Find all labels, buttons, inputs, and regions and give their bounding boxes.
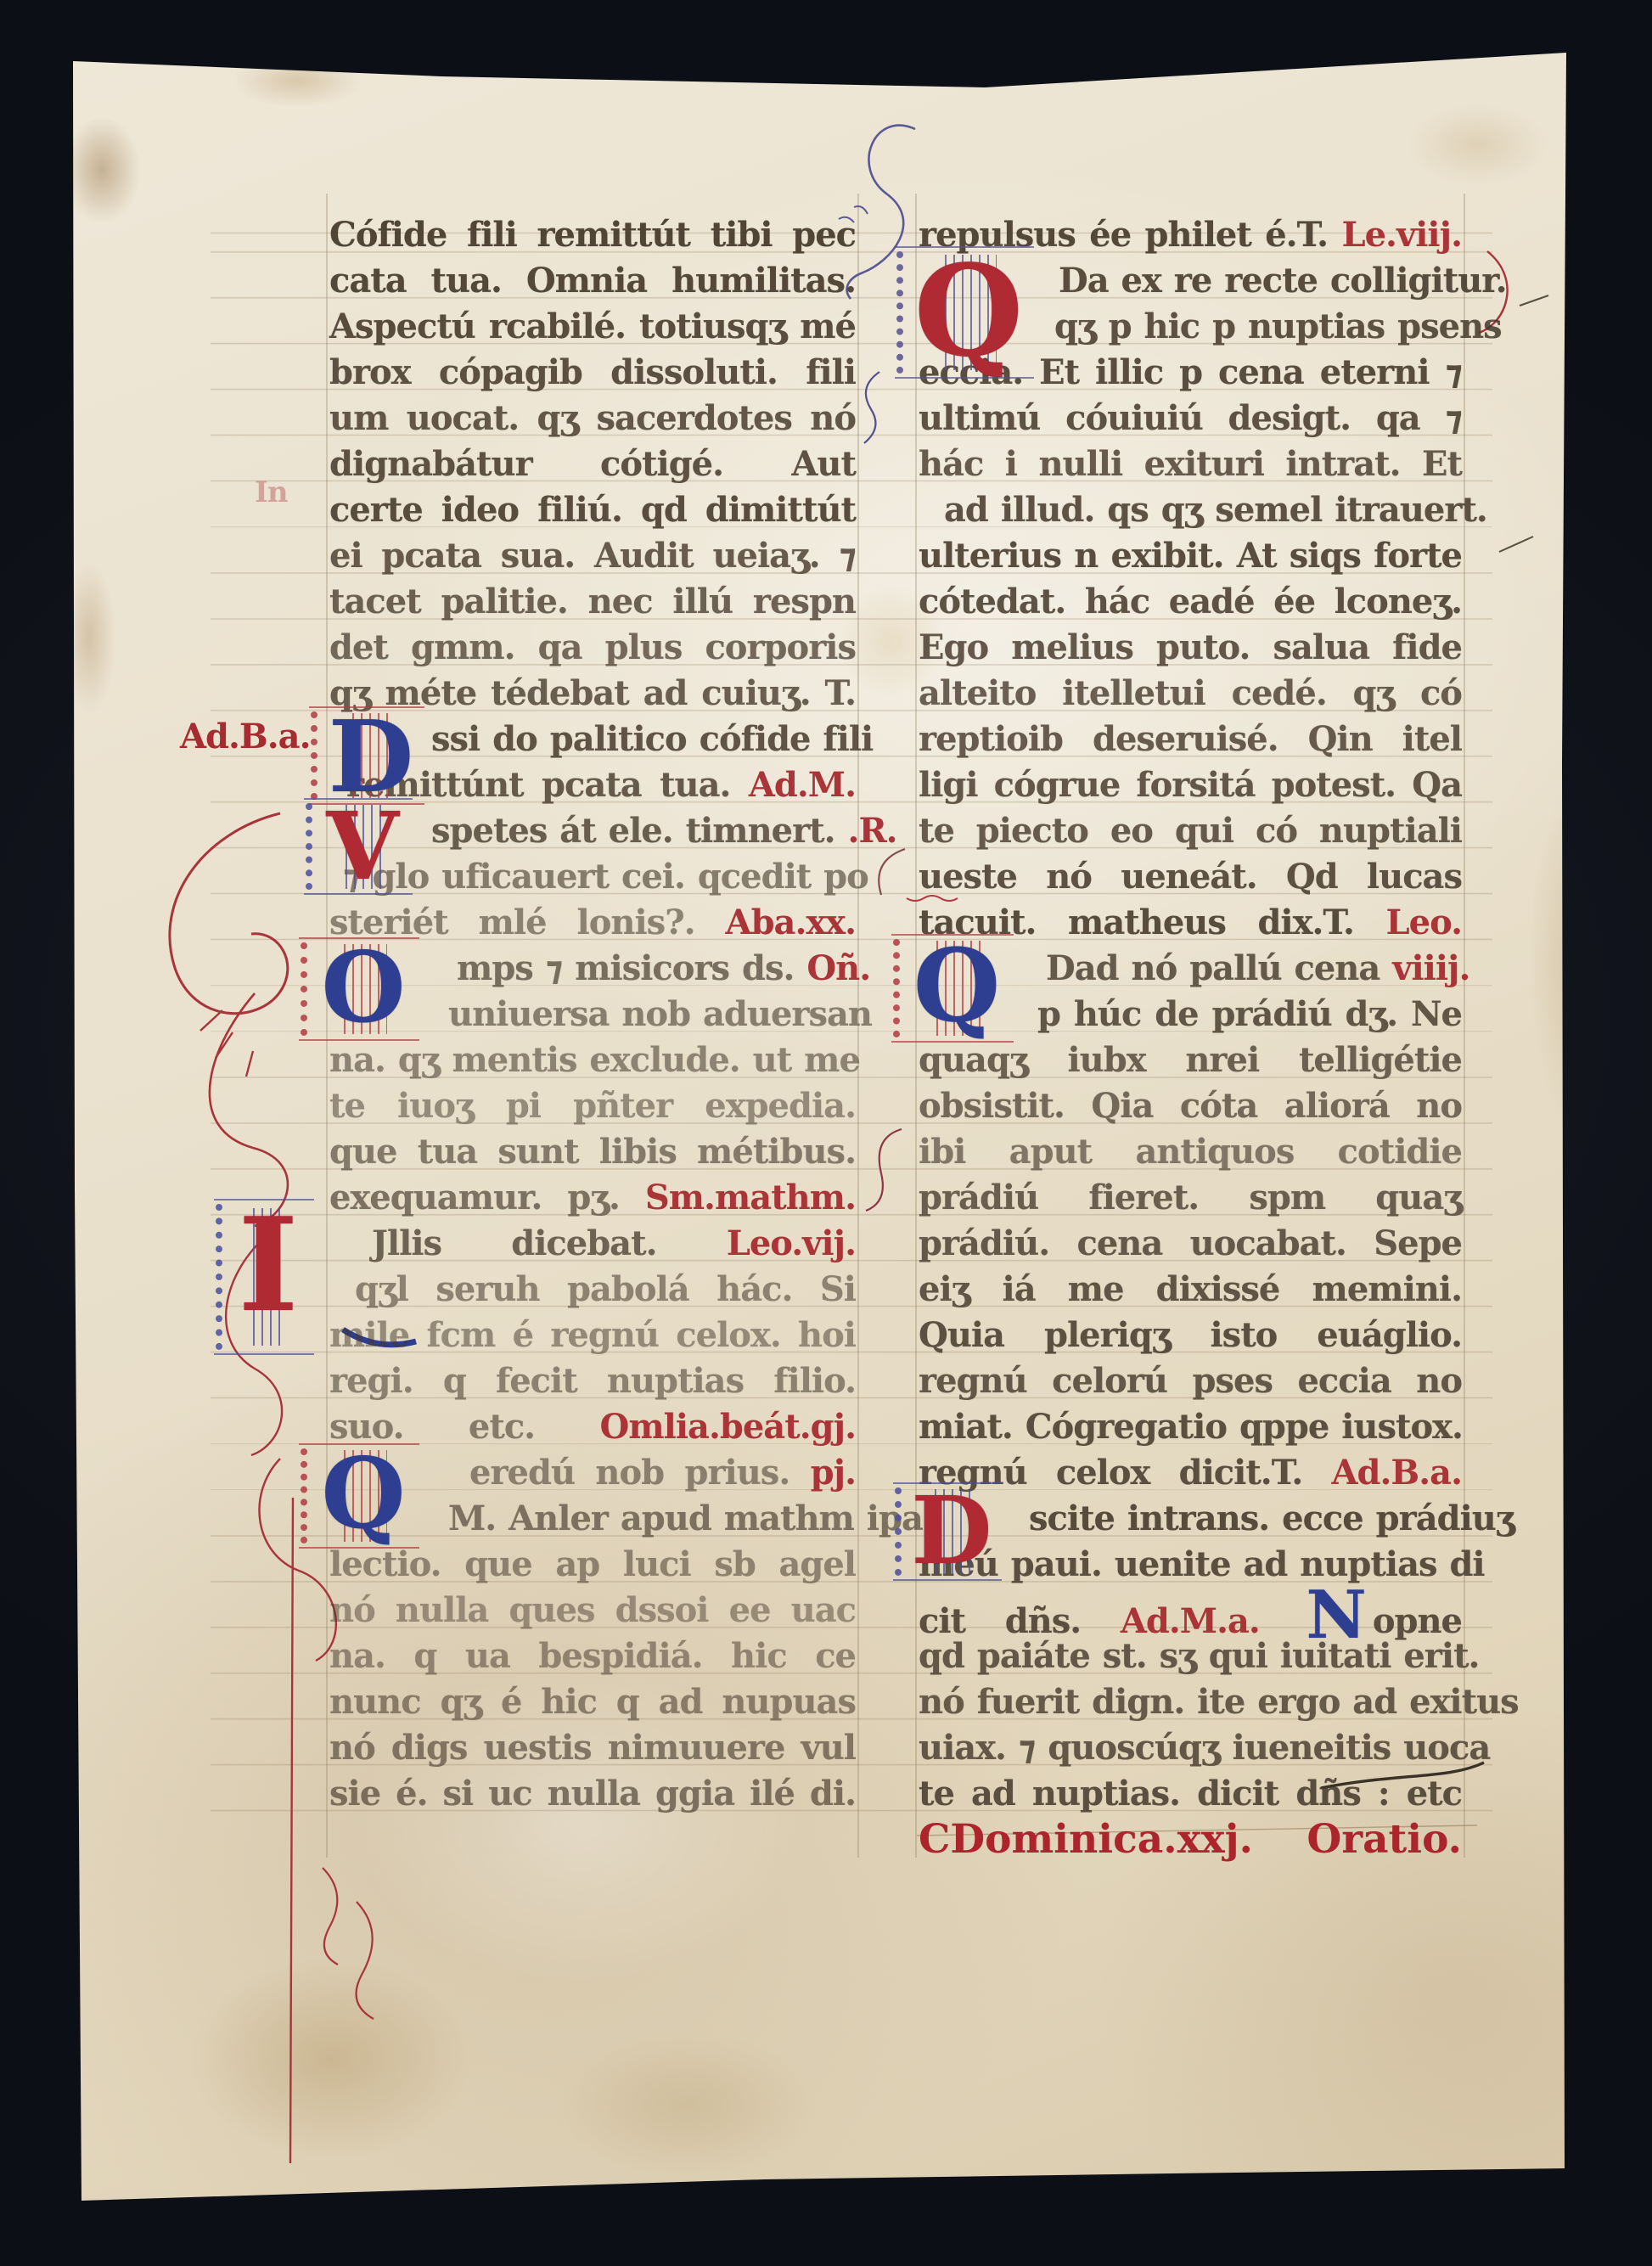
body-text: ibi aput antiquos cotidie	[919, 1132, 1462, 1172]
rubric-text: Le.viij.	[1341, 215, 1462, 255]
body-text: te iuoʒ pi pñter expedia.	[329, 1086, 856, 1126]
text-line: prádiú. cena uocabat. Sepe	[919, 1221, 1462, 1267]
text-line: Jllis dicebat. Leo.vij.	[329, 1221, 856, 1267]
text-line: ultimú cóuiuiú desigt. qa ⁊	[919, 396, 1462, 441]
body-text: cata tua. Omnia humilitas.	[329, 261, 856, 301]
text-line: ulterius n exibit. At siqs forte	[919, 533, 1462, 579]
body-text: qʒl seruh pabolá hác. Si	[355, 1269, 856, 1309]
body-text: mps ⁊ misicors ds.	[457, 948, 806, 988]
text-line: miat. Cógregatio qppe iustox.	[919, 1404, 1462, 1450]
body-text: obsistit. Qia cóta aliorá no	[919, 1086, 1462, 1126]
text-line: te ad nuptias. dicit dñs : etc	[919, 1771, 1462, 1817]
stain	[1375, 85, 1579, 204]
body-text: qd paiáte st. sʒ qui iuitati erit.	[919, 1636, 1479, 1676]
body-text: um uocat. qʒ sacerdotes nó	[329, 398, 856, 438]
text-line: Quia pleriqʒ isto euáglio.	[919, 1313, 1462, 1358]
initial-letter: D	[908, 1484, 995, 1577]
body-text: mile fcm é regnú celox. hoi	[329, 1315, 856, 1355]
decorated-initial-Q: Q	[314, 1445, 413, 1547]
body-text: te piecto eo qui có nuptiali	[919, 811, 1462, 851]
body-text: nunc qʒ é hic q ad nupuas	[329, 1682, 856, 1722]
initial-letter: Q	[314, 1445, 413, 1542]
text-line: cótedat. hác eadé ée lconeʒ.	[919, 579, 1462, 625]
text-line: mile fcm é regnú celox. hoi	[329, 1313, 856, 1358]
penwork-scallop	[895, 1487, 902, 1576]
body-text: p húc de prádiú dʒ. Ne	[1037, 994, 1462, 1034]
body-text: certe ideo filiú. qd dimittút	[329, 490, 856, 530]
text-line: ueste nó ueneát. Qd lucas	[919, 854, 1462, 900]
body-text: Ego melius puto. salua fide	[919, 627, 1462, 667]
body-text: Cófide fili remittút tibi pec	[329, 215, 856, 255]
body-text: Quia pleriqʒ isto euáglio.	[919, 1315, 1462, 1355]
text-line: tacet palitie. nec illú respn	[329, 579, 856, 625]
text-line: certe ideo filiú. qd dimittút	[329, 487, 856, 533]
decorated-initial-O: O	[314, 939, 413, 1039]
text-line: hác i nulli exituri intrat. Et	[919, 441, 1462, 487]
body-text: ligi cógrue forsitá potest. Qa	[919, 765, 1462, 805]
body-text: ultimú cóuiuiú desigt. qa ⁊	[919, 398, 1462, 438]
body-text: dignabátur cótigé. Aut	[329, 444, 856, 484]
manuscript-leaf: Cófide fili remittút tibi peccata tua. O…	[0, 0, 1652, 2266]
body-text: ueste nó ueneát. Qd lucas	[919, 857, 1462, 897]
penwork-scallop	[306, 803, 312, 890]
text-line: Ego melius puto. salua fide	[919, 625, 1462, 671]
body-text: ulterius n exibit. At siqs forte	[919, 536, 1462, 576]
body-text: qʒ p hic p nuptias psens	[1054, 306, 1502, 346]
body-text: Jllis dicebat.	[372, 1223, 727, 1263]
text-line: CDominica.xxj. Oratio.	[919, 1817, 1462, 1863]
rubric-text: Ad.M.a.	[1121, 1601, 1300, 1641]
text-line: alteito itelletui cedé. qʒ có	[919, 671, 1462, 717]
body-text: spetes át ele. timnert.	[431, 811, 848, 851]
body-text: prádiú fieret. spm quaʒ	[919, 1178, 1462, 1217]
penwork-scallop	[893, 939, 900, 1037]
text-line: Cófide fili remittút tibi pec	[329, 212, 856, 258]
decorated-initial-Q: Q	[907, 936, 1007, 1041]
body-text: quaqʒ iubx nrei telligétie	[919, 1040, 1462, 1080]
rubric-text: viiij.	[1392, 948, 1469, 988]
decorated-initial-I: I	[229, 1200, 307, 1353]
body-text: opne	[1373, 1601, 1462, 1641]
stain	[51, 526, 127, 747]
stain	[1511, 722, 1630, 1197]
text-line: que tua sunt libis métibus.	[329, 1129, 856, 1175]
body-text: uniuersa nob aduersan	[448, 994, 872, 1034]
body-text: te ad nuptias. dicit dñs : etc	[919, 1774, 1462, 1813]
body-text: Da ex re recte colligitur.	[1059, 261, 1507, 301]
body-text: meú paui. uenite ad nuptias di	[919, 1544, 1485, 1584]
rubric-text: Leo.	[1386, 902, 1462, 942]
text-line: qʒl seruh pabolá hác. Si	[329, 1267, 856, 1313]
rubric-text: Dominica.xxj. Oratio.	[950, 1816, 1462, 1863]
text-line: nunc qʒ é hic q ad nupuas	[329, 1679, 856, 1725]
body-text: ⁊ glo uficauert cei. qcedit po	[343, 857, 868, 897]
text-line: exequamur. pʒ. Sm.mathm.	[329, 1175, 856, 1221]
text-line: na. q ua bespidiá. hic ce	[329, 1633, 856, 1679]
body-text: na. q ua bespidiá. hic ce	[329, 1636, 856, 1676]
rubric-text: Ad.M.	[749, 765, 856, 805]
margin-note: Ad.B.a.	[180, 717, 311, 756]
margin-note-faded: In	[255, 475, 288, 509]
body-text: hác i nulli exituri intrat. Et	[919, 444, 1462, 484]
text-line: prádiú fieret. spm quaʒ	[919, 1175, 1462, 1221]
stain	[204, 42, 391, 119]
body-text: sie é. si uc nulla ggia ilé di.	[329, 1774, 856, 1813]
text-line: det gmm. qa plus corporis	[329, 625, 856, 671]
photo-background: Cófide fili remittút tibi peccata tua. O…	[0, 0, 1652, 2266]
text-line: nó nulla ques dssoi ee uac	[329, 1588, 856, 1633]
text-line: Aspectú rcabilé. totiusqʒ mé	[329, 304, 856, 350]
body-text: det gmm. qa plus corporis	[329, 627, 856, 667]
decorated-initial-V: V	[319, 800, 406, 893]
body-text: cit dñs.	[919, 1601, 1121, 1641]
body-text: reptioib deseruisé. Qin itel	[919, 719, 1462, 759]
ruling-vertical	[1464, 194, 1465, 1858]
text-line: spetes át ele. timnert. .R.	[329, 808, 856, 854]
body-text: Dad nó pallú cena	[1046, 948, 1392, 988]
initial-letter: Q	[907, 936, 1007, 1036]
text-line: na. qʒ mentis exclude. ut me	[329, 1037, 856, 1083]
text-line: um uocat. qʒ sacerdotes nó	[329, 396, 856, 441]
penwork-scallop	[216, 1204, 222, 1350]
body-text: ad illud. qs qʒ semel itrauert.	[944, 490, 1487, 530]
text-line: sie é. si uc nulla ggia ilé di.	[329, 1771, 856, 1817]
body-text: na. qʒ mentis exclude. ut me	[329, 1040, 860, 1080]
penwork-scallop	[311, 711, 317, 800]
text-line: te piecto eo qui có nuptiali	[919, 808, 1462, 854]
stain	[509, 2004, 866, 2207]
body-text: scite intrans. ecce prádiuʒ	[1029, 1498, 1514, 1538]
text-line: cata tua. Omnia humilitas.	[329, 258, 856, 304]
text-line: eiʒ iá me dixissé memini.	[919, 1267, 1462, 1313]
rubric-text: pj.	[811, 1453, 856, 1493]
body-text: nó digs uestis nimuuere vul	[329, 1728, 856, 1768]
text-line: te iuoʒ pi pñter expedia.	[329, 1083, 856, 1129]
text-line: ligi cógrue forsitá potest. Qa	[919, 762, 1462, 808]
text-line: dignabátur cótigé. Aut	[329, 441, 856, 487]
rubric-text: Sm.mathm.	[645, 1178, 856, 1217]
text-line: regnú celox dicit.T. Ad.B.a.	[919, 1450, 1462, 1496]
body-text: eiʒ iá me dixissé memini.	[919, 1269, 1462, 1309]
body-text: eredú nob prius.	[469, 1453, 811, 1493]
text-line: obsistit. Qia cóta aliorá no	[919, 1083, 1462, 1129]
text-line: quaqʒ iubx nrei telligétie	[919, 1037, 1462, 1083]
stain	[47, 93, 157, 246]
body-text: lectio. que ap luci sb agel	[329, 1544, 856, 1584]
rubric-text: Leo.vij.	[727, 1223, 856, 1263]
body-text: uiax. ⁊ quoscúqʒ iueneitis uoca	[919, 1728, 1490, 1768]
text-line: ibi aput antiquos cotidie	[919, 1129, 1462, 1175]
body-text: regnú celorú pses eccia no	[919, 1361, 1462, 1401]
body-text: M. Anler apud mathm ipa	[448, 1498, 923, 1538]
text-column-right: repulsus ée philet é.T. Le.viij.Da ex re…	[919, 212, 1462, 1863]
text-line: uiax. ⁊ quoscúqʒ iueneitis uoca	[919, 1725, 1462, 1771]
text-line: nó digs uestis nimuuere vul	[329, 1725, 856, 1771]
body-text: nó fuerit dign. ite ergo ad exitus	[919, 1682, 1519, 1722]
penwork-scallop	[301, 942, 307, 1036]
rubric-text: Aba.xx.	[726, 902, 856, 942]
text-line: qd paiáte st. sʒ qui iuitati erit.	[919, 1633, 1462, 1679]
penwork-scallop	[301, 1448, 307, 1543]
body-text: tacet palitie. nec illú respn	[329, 582, 856, 621]
decorated-initial-Q: Q	[910, 248, 1027, 377]
rubric-text: Oñ.	[806, 948, 870, 988]
text-line: nó fuerit dign. ite ergo ad exitus	[919, 1679, 1462, 1725]
body-text: brox cópagib dissoluti. fili	[329, 352, 856, 392]
text-line: regi. q fecit nuptias filio.	[329, 1358, 856, 1404]
rubric-text: .R.	[848, 811, 897, 851]
initial-letter: I	[229, 1200, 307, 1330]
decorated-initial-D: D	[324, 708, 418, 803]
text-line: lectio. que ap luci sb agel	[329, 1542, 856, 1588]
body-text: cótedat. hác eadé ée lconeʒ.	[919, 582, 1462, 621]
rubric-text: Omlia.beát.gj.	[599, 1407, 856, 1447]
body-text: regi. q fecit nuptias filio.	[329, 1361, 856, 1401]
initial-letter: V	[319, 800, 406, 893]
body-text: exequamur. pʒ.	[329, 1178, 645, 1217]
text-line: reptioib deseruisé. Qin itel	[919, 717, 1462, 762]
body-text: que tua sunt libis métibus.	[329, 1132, 856, 1172]
penwork-scallop	[896, 251, 903, 374]
decorated-initial-D: D	[908, 1484, 995, 1579]
body-text: alteito itelletui cedé. qʒ có	[919, 673, 1462, 713]
initial-letter: Q	[910, 248, 1027, 374]
text-line: ad illud. qs qʒ semel itrauert.	[919, 487, 1462, 533]
text-line: brox cópagib dissoluti. fili	[329, 350, 856, 396]
initial-letter: O	[314, 939, 413, 1036]
rubric-text: Ad.B.a.	[1331, 1453, 1462, 1493]
text-line: ei pcata sua. Audit ueiaʒ. ⁊	[329, 533, 856, 579]
stain	[136, 1919, 526, 2199]
text-line: scite intrans. ecce prádiuʒ	[919, 1496, 1462, 1542]
body-text: ei pcata sua. Audit ueiaʒ. ⁊	[329, 536, 856, 576]
text-line: cit dñs. Ad.M.a. Nopne	[919, 1588, 1462, 1633]
rubric-text: C	[919, 1816, 950, 1863]
body-text: Aspectú rcabilé. totiusqʒ mé	[329, 306, 856, 346]
body-text: miat. Cógregatio qppe iustox.	[919, 1407, 1463, 1447]
body-text: prádiú. cena uocabat. Sepe	[919, 1223, 1462, 1263]
text-column-left: Cófide fili remittút tibi peccata tua. O…	[329, 212, 856, 1817]
text-line: regnú celorú pses eccia no	[919, 1358, 1462, 1404]
body-text: nó nulla ques dssoi ee uac	[329, 1590, 856, 1630]
body-text: ssi do palitico cófide fili	[431, 719, 873, 759]
